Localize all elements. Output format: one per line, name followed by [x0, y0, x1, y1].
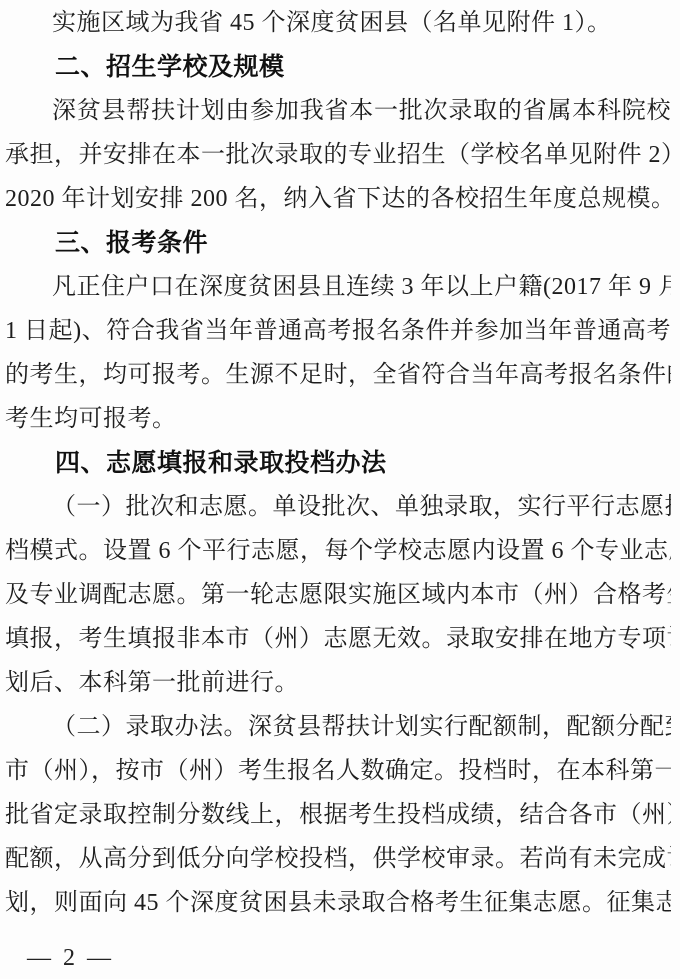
paragraph-line: 配额，从高分到低分向学校投档，供学校审录。若尚有未完成计 — [5, 837, 671, 881]
section-heading-4: 四、志愿填报和录取投档办法 — [5, 441, 671, 485]
paragraph-line: 承担，并安排在本一批次录取的专业招生（学校名单见附件 2）。 — [5, 133, 671, 177]
paragraph-line: 档模式。设置 6 个平行志愿，每个学校志愿内设置 6 个专业志愿 — [5, 529, 671, 573]
paragraph-line: （二）录取办法。深贫县帮扶计划实行配额制，配额分配到 — [5, 705, 671, 749]
document-page: 实施区域为我省 45 个深度贫困县（名单见附件 1）。二、招生学校及规模深贫县帮… — [0, 0, 680, 979]
paragraph-line: 2020 年计划安排 200 名，纳入省下达的各校招生年度总规模。 — [5, 177, 671, 221]
paragraph-line: 市（州），按市（州）考生报名人数确定。投档时，在本科第一 — [5, 749, 671, 793]
paragraph-line: 深贫县帮扶计划由参加我省本一批次录取的省属本科院校 — [5, 89, 671, 133]
paragraph-line: （一）批次和志愿。单设批次、单独录取，实行平行志愿投 — [5, 485, 671, 529]
paragraph-line: 的考生，均可报考。生源不足时，全省符合当年高考报名条件的 — [5, 353, 671, 397]
section-heading-2: 二、招生学校及规模 — [5, 45, 671, 89]
paragraph-line: 划后、本科第一批前进行。 — [5, 661, 671, 705]
paragraph-line: 及专业调配志愿。第一轮志愿限实施区域内本市（州）合格考生 — [5, 573, 671, 617]
paragraph-line: 划，则面向 45 个深度贫困县未录取合格考生征集志愿。征集志 — [5, 881, 671, 925]
page-number: — 2 — — [27, 945, 114, 972]
paragraph-line: 凡正住户口在深度贫困县且连续 3 年以上户籍(2017 年 9 月 — [5, 265, 671, 309]
document-body: 实施区域为我省 45 个深度贫困县（名单见附件 1）。二、招生学校及规模深贫县帮… — [5, 1, 671, 925]
paragraph-line: 填报，考生填报非本市（州）志愿无效。录取安排在地方专项计 — [5, 617, 671, 661]
paragraph-line: 实施区域为我省 45 个深度贫困县（名单见附件 1）。 — [5, 1, 671, 45]
paragraph-line: 1 日起)、符合我省当年普通高考报名条件并参加当年普通高考 — [5, 309, 671, 353]
paragraph-line: 批省定录取控制分数线上，根据考生投档成绩，结合各市（州） — [5, 793, 671, 837]
paragraph-line: 考生均可报考。 — [5, 397, 671, 441]
section-heading-3: 三、报考条件 — [5, 221, 671, 265]
